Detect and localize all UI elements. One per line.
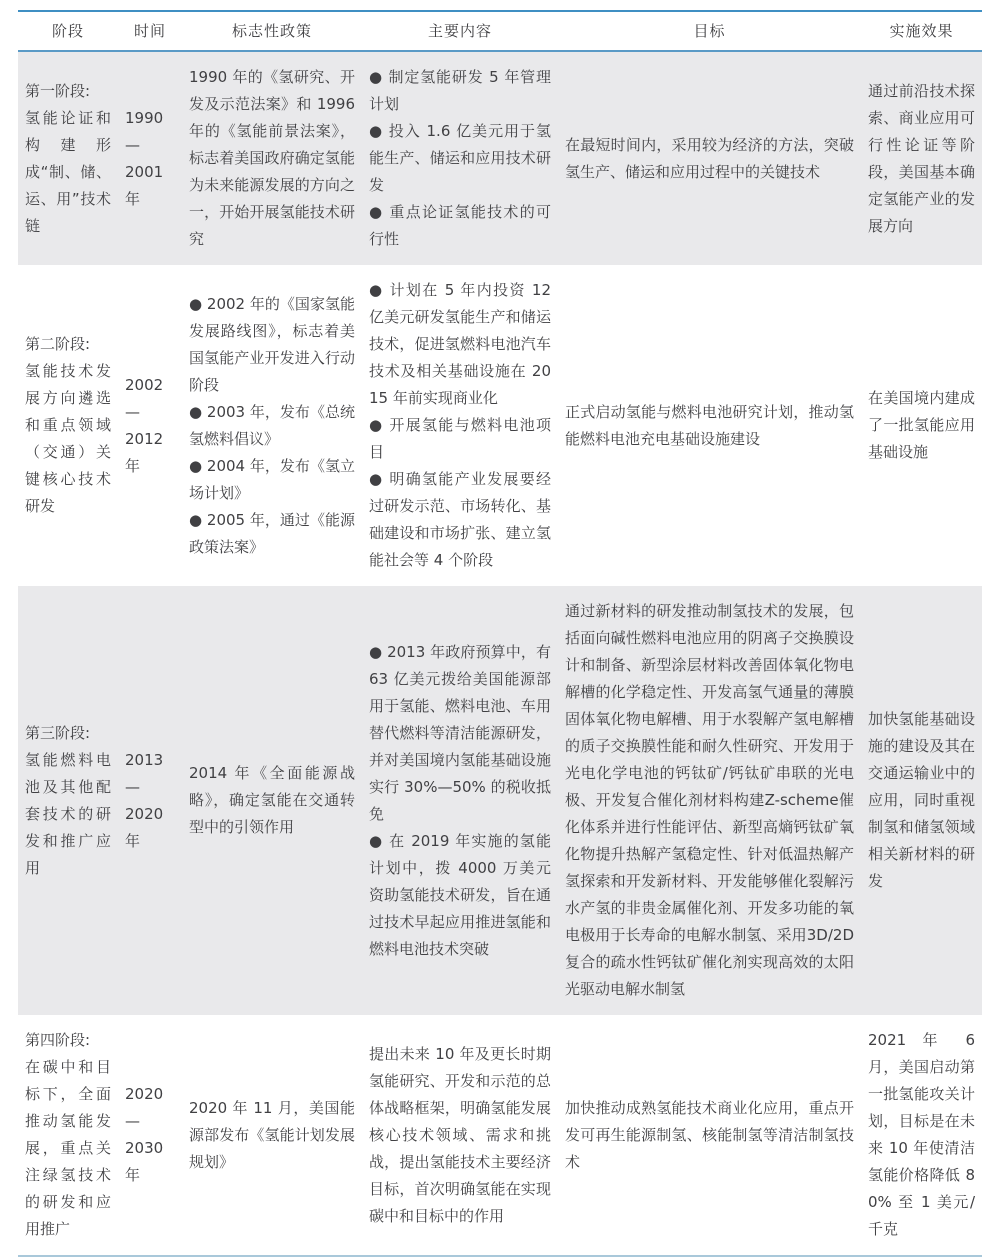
table-header-row: 阶段 时间 标志性政策 主要内容 目标 实施效果 [18,11,982,51]
stage-3-stage-cell: 第三阶段: 氢能燃料电池及其他配套技术的研发和推广应用 [18,586,118,1015]
stage-3-effect-cell: 加快氢能基础设施的建设及其在交通运输业中的应用，同时重视制氢和储氢领域相关新材料… [861,586,982,1015]
stage-2-policy-cell: ● 2002 年的《国家氢能发展路线图》，标志着美国氢能产业开发进入行动阶段 ●… [182,265,362,586]
stage-1-content-cell: ● 制定氢能研发 5 年管理计划 ● 投入 1.6 亿美元用于氢能生产、储运和应… [362,51,558,265]
stage-3-goal-cell: 通过新材料的研发推动制氢技术的发展，包括面向碱性燃料电池应用的阴离子交换膜设计和… [558,586,861,1015]
stage-1-stage-cell: 第一阶段: 氢能论证和构建形成“制、储、运、用”技术链 [18,51,118,265]
table-row-stage-2: 第二阶段: 氢能技术发展方向遴选和重点领域（交通）关键核心技术研发 2002— … [18,265,982,586]
column-header-goal: 目标 [558,11,861,51]
stage-2-goal-cell: 正式启动氢能与燃料电池研究计划，推动氢能燃料电池充电基础设施建设 [558,265,861,586]
stage-3-time-cell: 2013— 2020 年 [118,586,182,1015]
stage-1-time-cell: 1990— 2001年 [118,51,182,265]
stage-4-effect-cell: 2021 年 6 月，美国启动第一批氢能攻关计划，目标是在未来 10 年使清洁氢… [861,1015,982,1256]
stage-4-content-cell: 提出未来 10 年及更长时期氢能研究、开发和示范的总体战略框架，明确氢能发展核心… [362,1015,558,1256]
hydrogen-policy-stages-table: 阶段 时间 标志性政策 主要内容 目标 实施效果 第一阶段: 氢能论证和构建形成… [18,10,982,1257]
stage-2-stage-cell: 第二阶段: 氢能技术发展方向遴选和重点领域（交通）关键核心技术研发 [18,265,118,586]
column-header-stage: 阶段 [18,11,118,51]
stage-1-effect-cell: 通过前沿技术探索、商业应用可行性论证等阶段，美国基本确定氢能产业的发展方向 [861,51,982,265]
stage-2-time-cell: 2002— 2012年 [118,265,182,586]
stage-1-goal-cell: 在最短时间内，采用较为经济的方法，突破氢生产、储运和应用过程中的关键技术 [558,51,861,265]
policy-stages-table-container: 阶段 时间 标志性政策 主要内容 目标 实施效果 第一阶段: 氢能论证和构建形成… [18,10,982,1257]
stage-4-policy-cell: 2020 年 11 月，美国能源部发布《氢能计划发展规划》 [182,1015,362,1256]
stage-3-policy-cell: 2014 年《全面能源战略》，确定氢能在交通转型中的引领作用 [182,586,362,1015]
stage-3-content-cell: ● 2013 年政府预算中，有 63 亿美元拨给美国能源部用于氢能、燃料电池、车… [362,586,558,1015]
table-row-stage-4: 第四阶段: 在碳中和目标下，全面推动氢能发展，重点关注绿氢技术的研发和应用推广 … [18,1015,982,1256]
stage-4-time-cell: 2020— 2030 年 [118,1015,182,1256]
column-header-effect: 实施效果 [861,11,982,51]
stage-1-policy-cell: 1990 年的《氢研究、开发及示范法案》和 1996 年的《氢能前景法案》，标志… [182,51,362,265]
stage-2-effect-cell: 在美国境内建成了一批氢能应用基础设施 [861,265,982,586]
column-header-content: 主要内容 [362,11,558,51]
column-header-time: 时间 [118,11,182,51]
stage-4-goal-cell: 加快推动成熟氢能技术商业化应用，重点开发可再生能源制氢、核能制氢等清洁制氢技术 [558,1015,861,1256]
stage-4-stage-cell: 第四阶段: 在碳中和目标下，全面推动氢能发展，重点关注绿氢技术的研发和应用推广 [18,1015,118,1256]
table-row-stage-3: 第三阶段: 氢能燃料电池及其他配套技术的研发和推广应用 2013— 2020 年… [18,586,982,1015]
stage-2-content-cell: ● 计划在 5 年内投资 12 亿美元研发氢能生产和储运技术，促进氢燃料电池汽车… [362,265,558,586]
column-header-policy: 标志性政策 [182,11,362,51]
table-row-stage-1: 第一阶段: 氢能论证和构建形成“制、储、运、用”技术链 1990— 2001年 … [18,51,982,265]
